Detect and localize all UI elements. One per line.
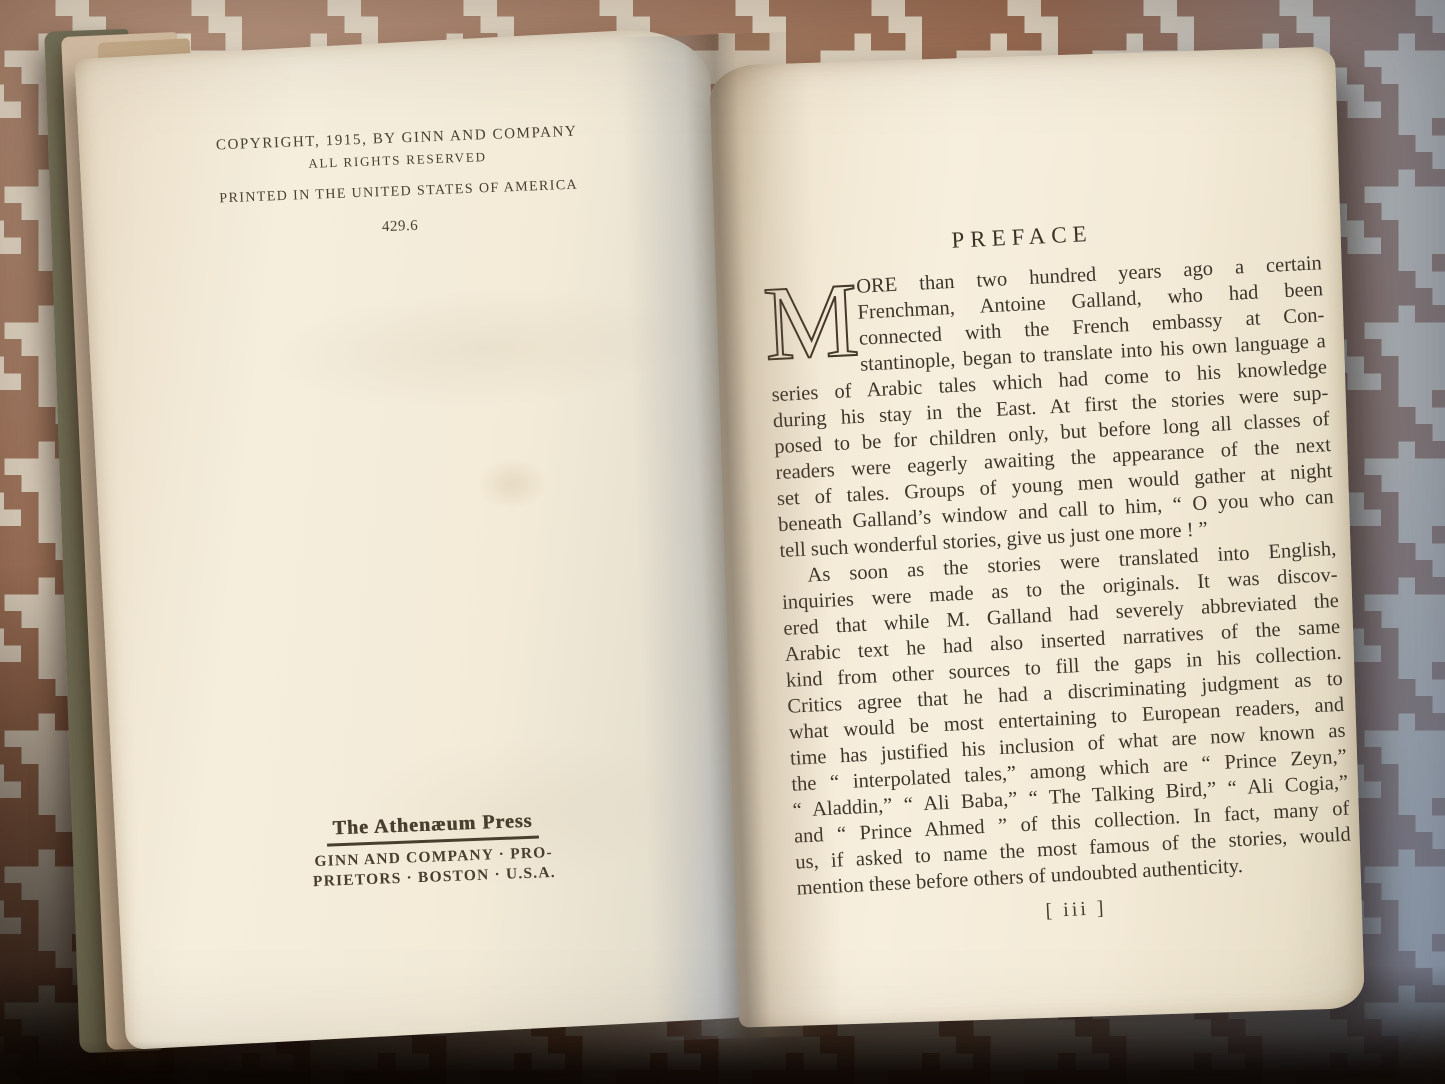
page-stain bbox=[476, 455, 549, 513]
copyright-block: COPYRIGHT, 1915, BY GINN AND COMPANY ALL… bbox=[80, 118, 718, 247]
right-page-preface: PREFACE M ORE than two hundred years ago… bbox=[709, 46, 1365, 1027]
dropcap-letter-M: M bbox=[762, 279, 850, 363]
left-page-copyright: COPYRIGHT, 1915, BY GINN AND COMPANY ALL… bbox=[74, 26, 759, 1050]
preface-paragraph-2: As soon as the stories were translated i… bbox=[780, 536, 1352, 902]
printed-in-line: PRINTED IN THE UNITED STATES OF AMERICA bbox=[82, 172, 716, 212]
preface-body: M ORE than two hundred years ago a certa… bbox=[766, 250, 1355, 936]
preface-paragraph-1: M ORE than two hundred years ago a certa… bbox=[766, 250, 1336, 564]
page-stain bbox=[267, 278, 693, 420]
edition-number: 429.6 bbox=[83, 206, 717, 247]
printer-imprint-block: The Athenæum Press GINN AND COMPANY · PR… bbox=[115, 801, 751, 898]
press-name: The Athenæum Press bbox=[326, 810, 539, 847]
photo-of-open-book: COPYRIGHT, 1915, BY GINN AND COMPANY ALL… bbox=[0, 0, 1445, 1084]
